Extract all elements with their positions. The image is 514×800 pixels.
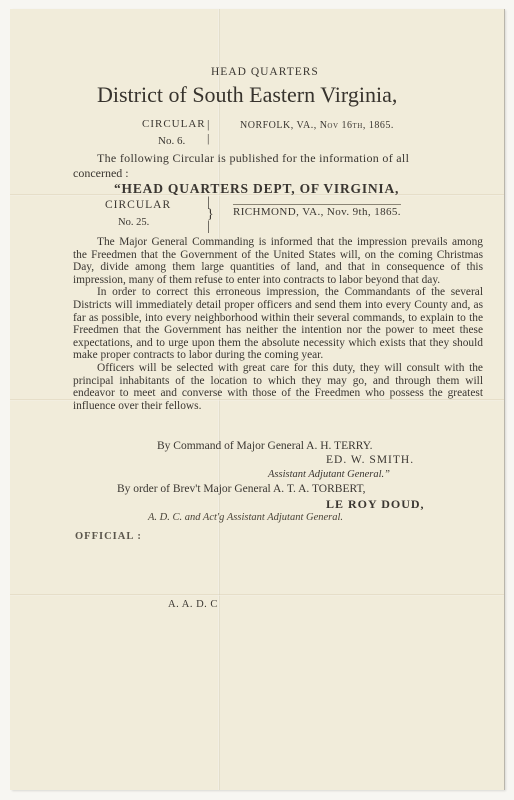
signer-name: ED. W. SMITH. (326, 454, 414, 466)
paragraph: In order to correct this erroneous impre… (73, 286, 483, 362)
signer-name: LE ROY DOUD, (326, 497, 425, 512)
inner-circular-heading: “HEAD QUARTERS DEPT, OF VIRGINIA, (114, 181, 399, 197)
paragraph: The Major General Commanding is informed… (73, 236, 483, 286)
brace: || (207, 117, 209, 145)
inner-brace: |}| (207, 197, 214, 233)
circular-body: The Major General Commanding is informed… (73, 236, 483, 412)
official-label: OFFICIAL : (75, 531, 142, 542)
intro-text: The following Circular is published for … (97, 151, 409, 166)
signer-title: Assistant Adjutant General.” (268, 469, 390, 480)
inner-circular-number: No. 25. (118, 217, 149, 228)
paragraph: Officers will be selected with great car… (73, 362, 483, 412)
circular-label: CIRCULAR (142, 118, 206, 130)
circular-number: No. 6. (158, 135, 185, 147)
by-order-line: By order of Brev't Major General A. T. A… (117, 483, 366, 495)
place-date: NORFOLK, VA., Nov 16th, 1865. (240, 120, 394, 131)
horizontal-fold-line (10, 594, 504, 596)
inner-circular-label: CIRCULAR (105, 199, 171, 211)
inner-place-date: RICHMOND, VA., Nov. 9th, 1865. (233, 204, 401, 218)
intro-text-cont: concerned : (73, 166, 129, 181)
by-command-line: By Command of Major General A. H. TERRY. (157, 440, 373, 452)
document-title: District of South Eastern Virginia, (97, 82, 397, 108)
head-quarters-line: HEAD QUARTERS (211, 66, 319, 78)
official-initials: A. A. D. C (168, 599, 218, 610)
signer-title: A. D. C. and Act'g Assistant Adjutant Ge… (148, 512, 343, 523)
